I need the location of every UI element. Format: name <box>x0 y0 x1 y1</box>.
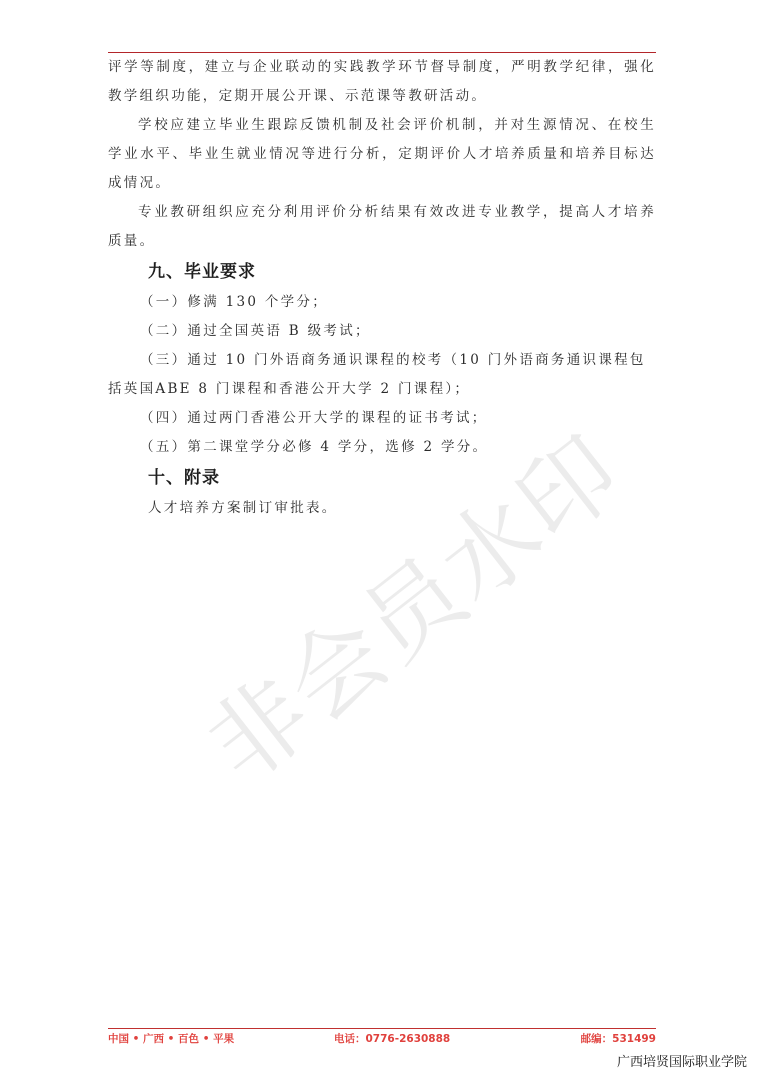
paragraph-teaching-system: 评学等制度，建立与企业联动的实践教学环节督导制度，严明教学纪律，强化教学组织功能… <box>108 53 656 111</box>
page-footer: 中国 • 广西 • 百色 • 平果 电话：0776-2630888 邮编：531… <box>108 1031 656 1047</box>
school-name: 广西培贤国际职业学院 <box>617 1051 747 1070</box>
footer-zip: 邮编：531499 <box>581 1031 656 1046</box>
requirement-item-4: （四）通过两门香港公开大学的课程的证书考试； <box>108 404 656 433</box>
document-page: 评学等制度，建立与企业联动的实践教学环节督导制度，严明教学纪律，强化教学组织功能… <box>0 0 763 1080</box>
paragraph-evaluation-use: 专业教研组织应充分利用评价分析结果有效改进专业教学，提高人才培养质量。 <box>108 198 656 256</box>
document-body: 评学等制度，建立与企业联动的实践教学环节督导制度，严明教学纪律，强化教学组织功能… <box>108 53 656 523</box>
appendix-text: 人才培养方案制订审批表。 <box>108 494 656 523</box>
section-heading-graduation-requirements: 九、毕业要求 <box>108 256 656 288</box>
requirement-item-1: （一）修满 130 个学分； <box>108 288 656 317</box>
requirement-item-5: （五）第二课堂学分必修 4 学分，选修 2 学分。 <box>108 433 656 462</box>
requirement-item-3: （三）通过 10 门外语商务通识课程的校考（10 门外语商务通识课程包括英国AB… <box>108 346 656 404</box>
footer-address: 中国 • 广西 • 百色 • 平果 <box>108 1031 234 1046</box>
requirement-item-2: （二）通过全国英语 B 级考试； <box>108 317 656 346</box>
paragraph-graduate-tracking: 学校应建立毕业生跟踪反馈机制及社会评价机制，并对生源情况、在校生学业水平、毕业生… <box>108 111 656 198</box>
footer-phone: 电话：0776-2630888 <box>334 1031 450 1046</box>
footer-rule <box>108 1028 656 1029</box>
section-heading-appendix: 十、附录 <box>108 462 656 494</box>
